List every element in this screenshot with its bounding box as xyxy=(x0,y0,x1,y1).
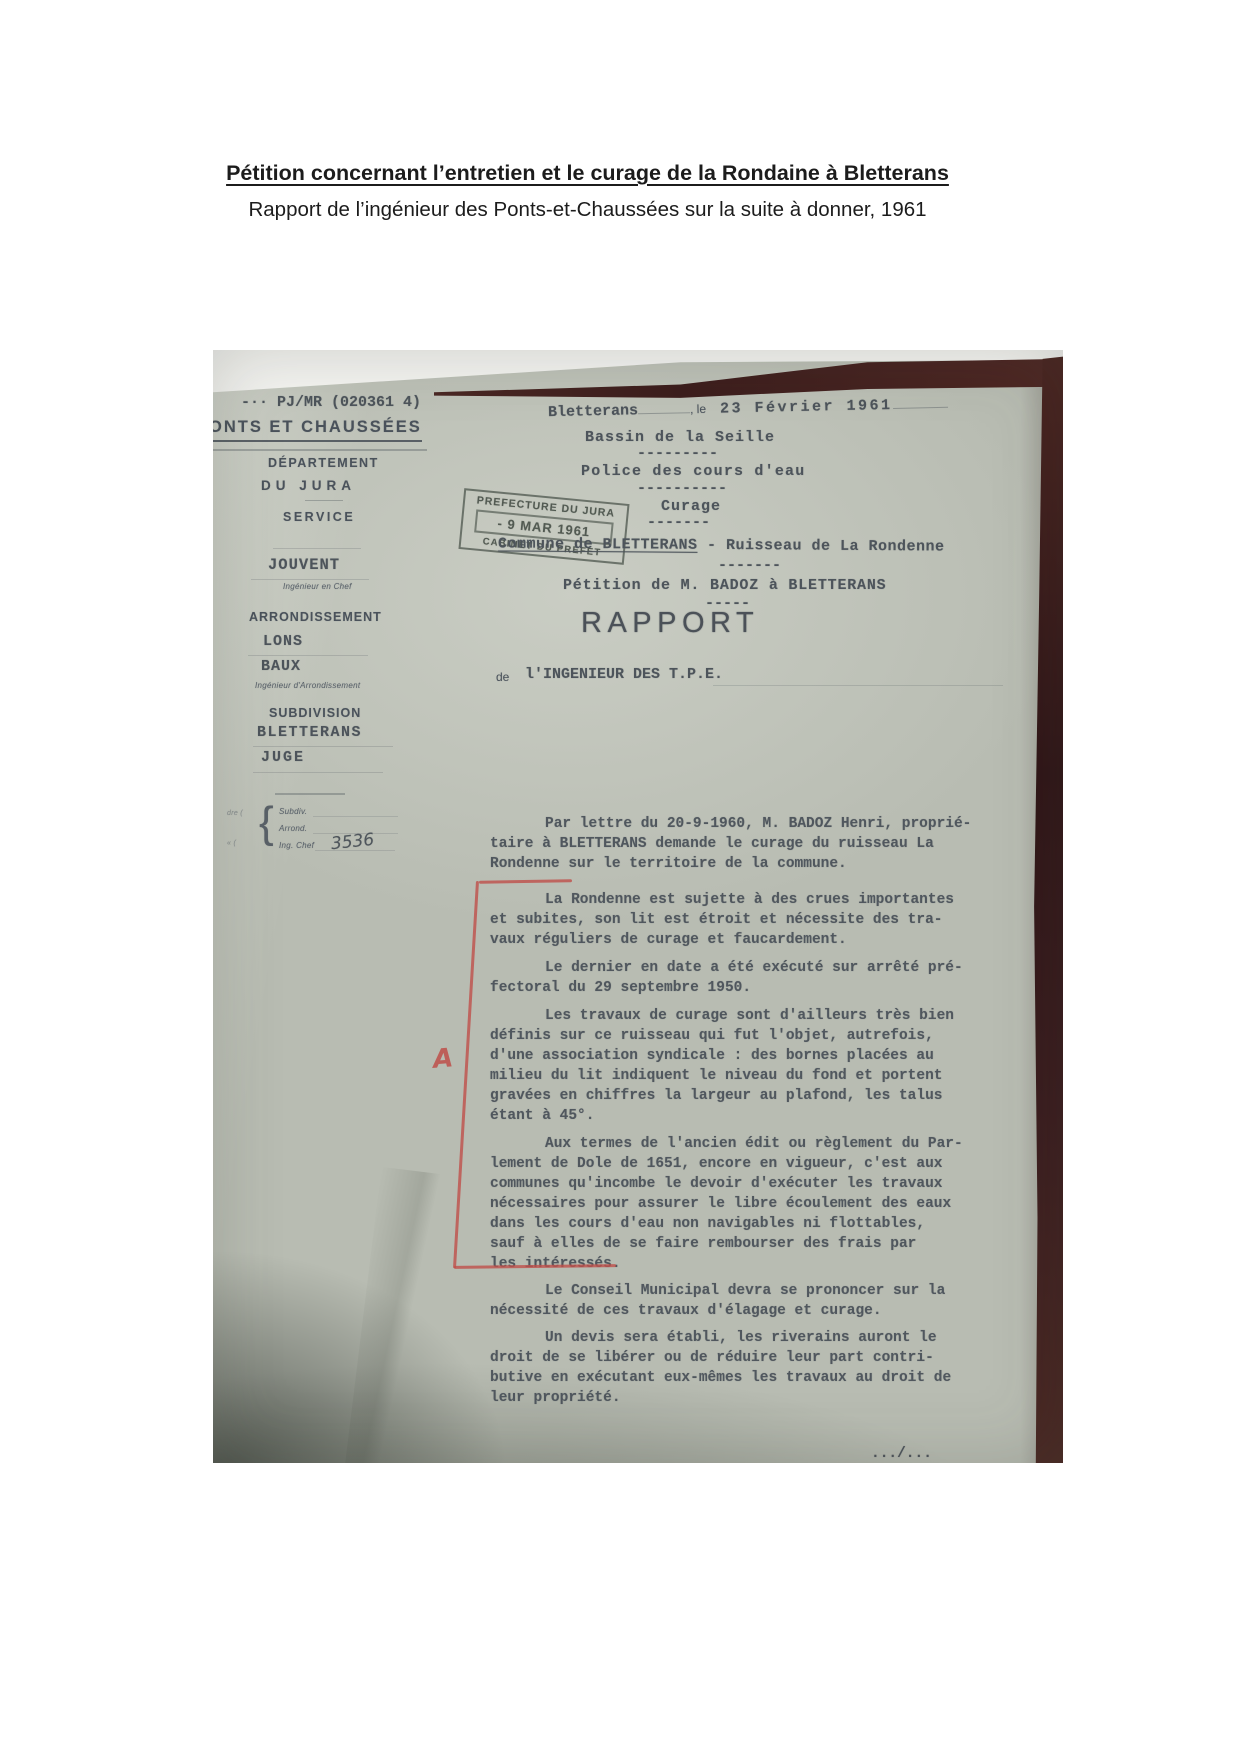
arrondissement-town: LONS xyxy=(263,633,303,650)
place-name: Bletterans xyxy=(548,402,638,421)
separator-dashes: --------- xyxy=(637,445,718,462)
separator-dashes: ---------- xyxy=(637,480,727,497)
paragraph: Un devis sera établi, les riverains auro… xyxy=(490,1328,972,1408)
subject-line-bassin: Bassin de la Seille xyxy=(585,429,775,446)
report-title: RAPPORT xyxy=(581,607,759,640)
engineer-chief-title: Ingénieur en Chef xyxy=(283,582,352,591)
rule-line xyxy=(305,500,343,501)
subdivision-label: SUBDIVISION xyxy=(269,706,361,720)
page-title: Pétition concernant l’entretien et le cu… xyxy=(0,160,1175,186)
routing-brace: { xyxy=(259,798,274,848)
form-leader-line xyxy=(892,394,947,409)
routing-label-ingchef: Ing. Chef xyxy=(279,841,314,850)
prefecture-stamp: PREFECTURE DU JURA - 9 MAR 1961 CABINET … xyxy=(458,488,629,565)
subdivision-engineer: JUGE xyxy=(261,749,305,766)
author-line: l'INGENIEUR DES T.P.E. xyxy=(525,666,723,683)
rule-line xyxy=(213,449,427,451)
paragraph: Le dernier en date a été exécuté sur arr… xyxy=(490,958,972,998)
document-photo: -·· PJ/MR (020361 4) ONTS ET CHAUSSÉES D… xyxy=(213,350,1063,1463)
subject-line-curage: Curage xyxy=(661,498,721,515)
rule-line xyxy=(273,548,361,549)
paragraph: Par lettre du 20-9-1960, M. BADOZ Henri,… xyxy=(490,814,972,874)
red-margin-letter: A xyxy=(432,1043,455,1075)
rule-line xyxy=(313,816,398,817)
report-body: Par lettre du 20-9-1960, M. BADOZ Henri,… xyxy=(490,814,972,1408)
page-subtitle: Rapport de l’ingénieur des Ponts-et-Chau… xyxy=(0,198,1175,222)
paragraph: Aux termes de l'ancien édit ou règlement… xyxy=(490,1134,972,1274)
date-value: 23 Février 1961 xyxy=(720,397,893,418)
page-header: Pétition concernant l’entretien et le cu… xyxy=(0,160,1175,222)
edge-fragment: « ( xyxy=(227,840,236,847)
paragraph: Les travaux de curage sont d'ailleurs tr… xyxy=(490,1006,972,1126)
arrondissement-label: ARRONDISSEMENT xyxy=(249,610,382,624)
rule-line xyxy=(253,772,383,773)
petition-line: Pétition de M. BADOZ à BLETTERANS xyxy=(563,577,886,594)
rule-line xyxy=(713,685,1003,686)
date-prefix: , le xyxy=(690,402,706,416)
commune-rest: - Ruisseau de La Rondenne xyxy=(697,537,944,556)
reference-line: -·· PJ/MR (020361 4) xyxy=(241,394,421,411)
subject-line-police: Police des cours d'eau xyxy=(581,463,805,480)
departement-label: DÉPARTEMENT xyxy=(268,456,379,470)
rule-line xyxy=(251,579,369,580)
continuation-mark: .../... xyxy=(871,1446,932,1462)
routing-label-subdiv: Subdiv. xyxy=(279,807,307,816)
form-leader-line xyxy=(638,399,690,414)
rule-line xyxy=(248,655,368,656)
arrondissement-engineer: BAUX xyxy=(261,658,301,675)
paragraph: Le Conseil Municipal devra se prononcer … xyxy=(490,1281,972,1321)
edge-fragment: dre ( xyxy=(227,810,243,817)
separator-dashes: ------- xyxy=(647,514,710,531)
rule-line xyxy=(275,793,345,795)
date-line: Bletterans, le23 Février 1961 xyxy=(548,394,948,421)
paper-crease xyxy=(345,1167,451,1463)
departement-value: DU JURA xyxy=(261,478,356,493)
red-bracket-vertical xyxy=(453,881,479,1268)
commune-line: Commune de BLETTERANS - Ruisseau de La R… xyxy=(498,535,945,555)
rule-line xyxy=(253,746,393,747)
commune-underlined: Commune de BLETTERANS xyxy=(498,535,698,553)
routing-label-arrond: Arrond. xyxy=(279,824,307,833)
paragraph: La Rondenne est sujette à des crues impo… xyxy=(490,890,972,950)
engineer-chief-name: JOUVENT xyxy=(268,556,340,574)
separator-dashes: ------- xyxy=(718,557,781,574)
service-label: SERVICE xyxy=(283,510,355,524)
arrondissement-engineer-title: Ingénieur d'Arrondissement xyxy=(255,681,360,690)
subdivision-town: BLETTERANS xyxy=(257,724,362,741)
author-prefix: de xyxy=(496,670,509,684)
service-name: ONTS ET CHAUSSÉES xyxy=(213,418,422,442)
